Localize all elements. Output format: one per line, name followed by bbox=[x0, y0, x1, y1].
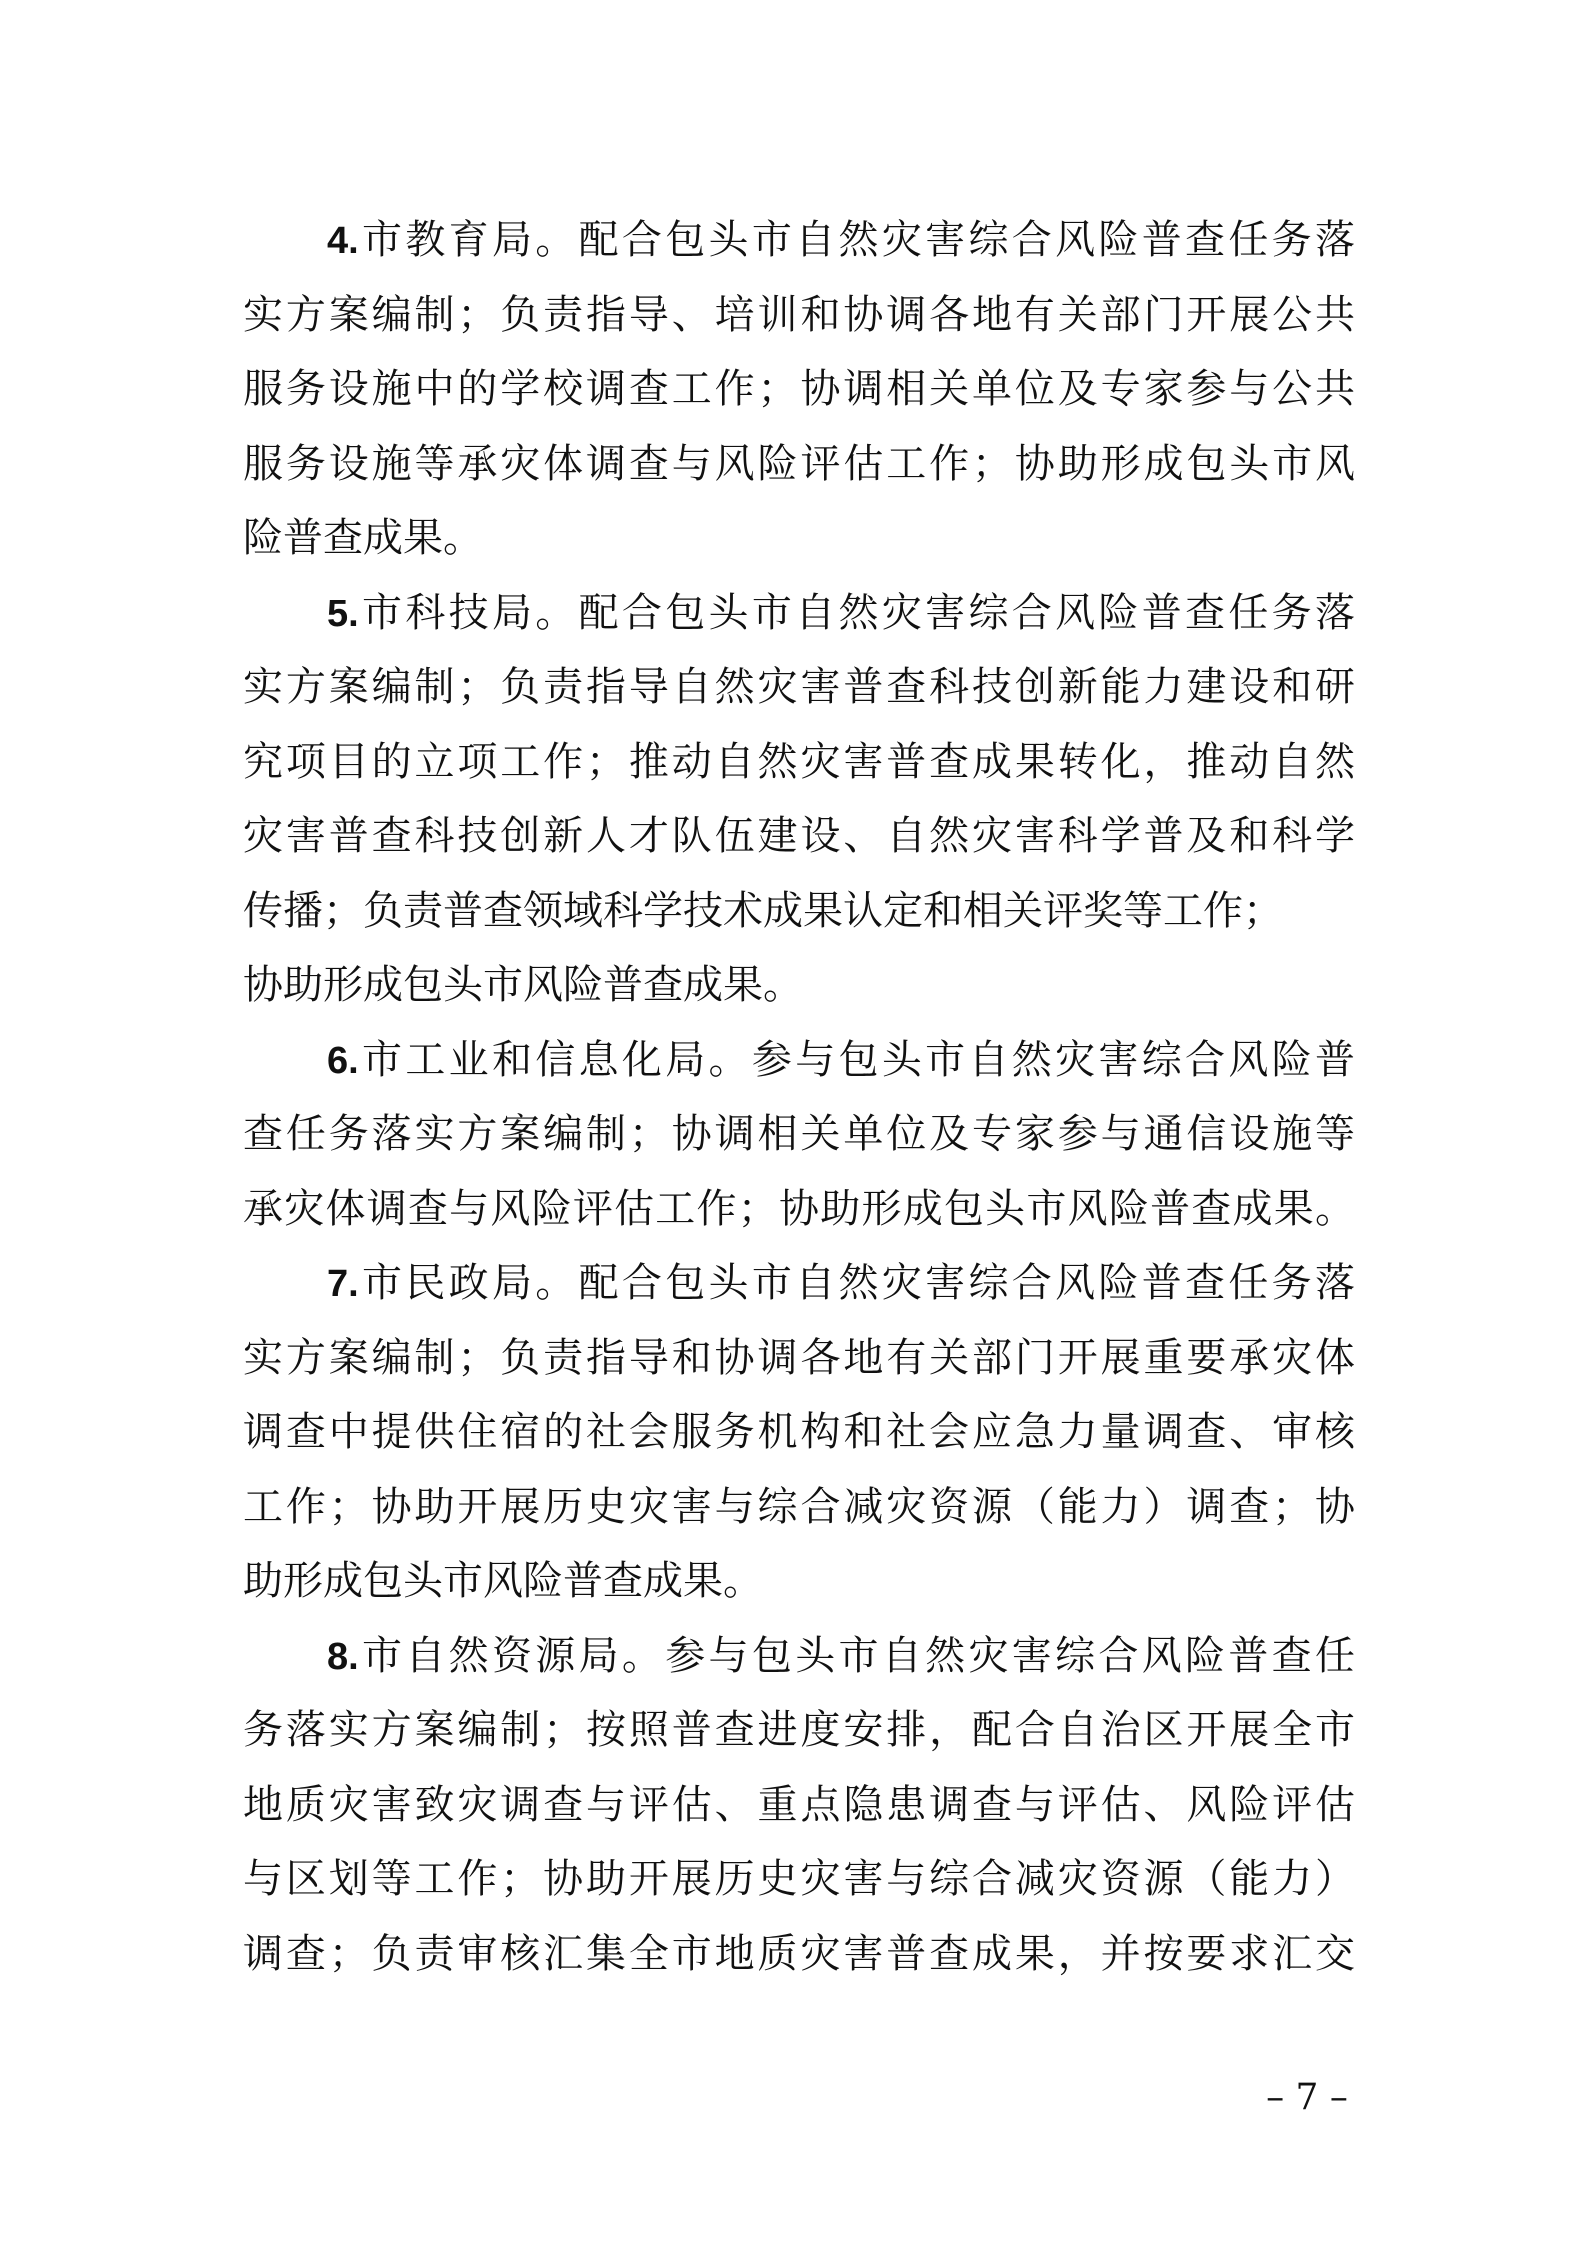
line-text: 市科技局。配合包头市自然灾害综合风险普查任务落 bbox=[359, 590, 1355, 636]
paragraph-line: 与区划等工作；协助开展历史灾害与综合减灾资源（能力） bbox=[243, 1842, 1355, 1917]
paragraph-item-6: 6.市工业和信息化局。参与包头市自然灾害综合风险普 查任务落实方案编制；协调相关… bbox=[243, 1023, 1355, 1247]
item-number: 7. bbox=[327, 1263, 359, 1305]
paragraph-line: 传播；负责普查领域科学技术成果认定和相关评奖等工作； bbox=[243, 874, 1355, 949]
paragraph-first-line: 6.市工业和信息化局。参与包头市自然灾害综合风险普 bbox=[243, 1023, 1355, 1098]
item-number: 6. bbox=[327, 1040, 359, 1082]
body-text: 4.市教育局。配合包头市自然灾害综合风险普查任务落 实方案编制；负责指导、培训和… bbox=[243, 203, 1355, 1991]
paragraph-line: 协助形成包头市风险普查成果。 bbox=[243, 948, 1355, 1023]
paragraph-line: 承灾体调查与风险评估工作；协助形成包头市风险普查成果。 bbox=[243, 1172, 1355, 1247]
paragraph-line: 地质灾害致灾调查与评估、重点隐患调查与评估、风险评估 bbox=[243, 1768, 1355, 1843]
line-text: 市工业和信息化局。参与包头市自然灾害综合风险普 bbox=[359, 1037, 1355, 1083]
paragraph-line: 工作；协助开展历史灾害与综合减灾资源（能力）调查；协 bbox=[243, 1470, 1355, 1545]
paragraph-line: 助形成包头市风险普查成果。 bbox=[243, 1544, 1355, 1619]
line-text: 市自然资源局。参与包头市自然灾害综合风险普查任 bbox=[359, 1633, 1355, 1679]
paragraph-first-line: 7.市民政局。配合包头市自然灾害综合风险普查任务落 bbox=[243, 1246, 1355, 1321]
paragraph-item-7: 7.市民政局。配合包头市自然灾害综合风险普查任务落 实方案编制；负责指导和协调各… bbox=[243, 1246, 1355, 1619]
document-page: 4.市教育局。配合包头市自然灾害综合风险普查任务落 实方案编制；负责指导、培训和… bbox=[0, 0, 1587, 2245]
item-number: 5. bbox=[327, 593, 359, 635]
line-text: 市民政局。配合包头市自然灾害综合风险普查任务落 bbox=[359, 1260, 1355, 1306]
paragraph-line: 务落实方案编制；按照普查进度安排，配合自治区开展全市 bbox=[243, 1693, 1355, 1768]
paragraph-line: 究项目的立项工作；推动自然灾害普查成果转化，推动自然 bbox=[243, 725, 1355, 800]
item-number: 8. bbox=[327, 1636, 359, 1678]
paragraph-line: 实方案编制；负责指导自然灾害普查科技创新能力建设和研 bbox=[243, 650, 1355, 725]
item-number: 4. bbox=[327, 220, 359, 262]
paragraph-line: 查任务落实方案编制；协调相关单位及专家参与通信设施等 bbox=[243, 1097, 1355, 1172]
paragraph-item-4: 4.市教育局。配合包头市自然灾害综合风险普查任务落 实方案编制；负责指导、培训和… bbox=[243, 203, 1355, 576]
paragraph-first-line: 4.市教育局。配合包头市自然灾害综合风险普查任务落 bbox=[243, 203, 1355, 278]
paragraph-first-line: 8.市自然资源局。参与包头市自然灾害综合风险普查任 bbox=[243, 1619, 1355, 1694]
paragraph-line: 服务设施等承灾体调查与风险评估工作；协助形成包头市风 bbox=[243, 427, 1355, 502]
paragraph-line: 实方案编制；负责指导和协调各地有关部门开展重要承灾体 bbox=[243, 1321, 1355, 1396]
paragraph-line: 险普查成果。 bbox=[243, 501, 1355, 576]
paragraph-first-line: 5.市科技局。配合包头市自然灾害综合风险普查任务落 bbox=[243, 576, 1355, 651]
paragraph-item-5: 5.市科技局。配合包头市自然灾害综合风险普查任务落 实方案编制；负责指导自然灾害… bbox=[243, 576, 1355, 1023]
line-text: 市教育局。配合包头市自然灾害综合风险普查任务落 bbox=[359, 217, 1355, 263]
paragraph-line: 调查；负责审核汇集全市地质灾害普查成果，并按要求汇交 bbox=[243, 1917, 1355, 1992]
paragraph-line: 调查中提供住宿的社会服务机构和社会应急力量调查、审核 bbox=[243, 1395, 1355, 1470]
paragraph-line: 服务设施中的学校调查工作；协调相关单位及专家参与公共 bbox=[243, 352, 1355, 427]
paragraph-item-8: 8.市自然资源局。参与包头市自然灾害综合风险普查任 务落实方案编制；按照普查进度… bbox=[243, 1619, 1355, 1992]
paragraph-line: 灾害普查科技创新人才队伍建设、自然灾害科学普及和科学 bbox=[243, 799, 1355, 874]
page-number: – 7 – bbox=[1262, 2074, 1352, 2122]
paragraph-line: 实方案编制；负责指导、培训和协调各地有关部门开展公共 bbox=[243, 278, 1355, 353]
